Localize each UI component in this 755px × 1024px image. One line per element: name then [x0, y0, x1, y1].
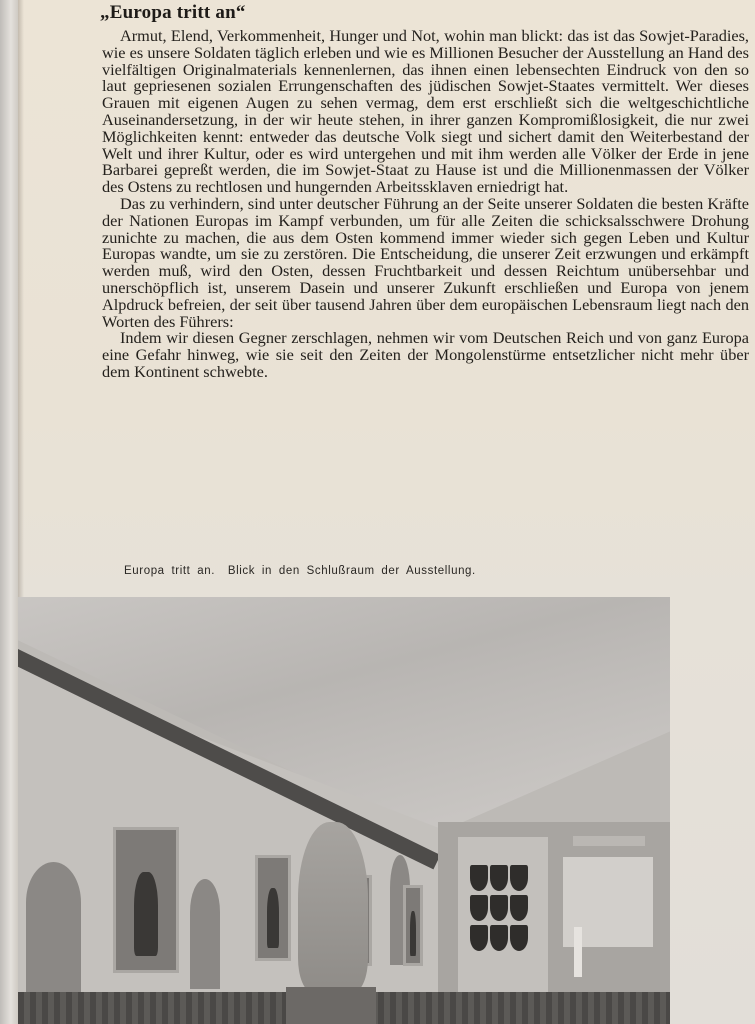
photo-panel-label: [573, 836, 645, 846]
paragraph: Das zu verhindern, sind unter deutscher …: [102, 196, 749, 330]
shield-icon: [510, 925, 528, 951]
shield-icon: [470, 925, 488, 951]
shield-icon: [490, 865, 508, 891]
photo-soldier-poster: [113, 827, 179, 973]
photo-statue: [298, 822, 368, 992]
body-text: Armut, Elend, Verkommenheit, Hunger und …: [102, 28, 749, 381]
shield-icon: [490, 895, 508, 921]
paragraph: Indem wir diesen Gegner zerschlagen, neh…: [102, 330, 749, 380]
shield-icon: [470, 865, 488, 891]
photo-arch: [190, 879, 220, 989]
photo-stand: [574, 927, 582, 977]
shield-icon: [470, 895, 488, 921]
photo-soldier-poster: [403, 885, 423, 966]
photo-soldier-poster: [255, 855, 291, 961]
section-heading: „Europa tritt an“: [100, 2, 246, 24]
caption-text: Blick in den Schlußraum der Ausstellung.: [228, 565, 476, 577]
photo-arch: [26, 862, 81, 997]
shield-icon: [510, 895, 528, 921]
caption-title: Europa tritt an.: [124, 565, 215, 577]
photo-pedestal: [286, 987, 376, 1024]
shield-icon: [490, 925, 508, 951]
paragraph: Armut, Elend, Verkommenheit, Hunger und …: [102, 28, 749, 196]
photo-caption: Europa tritt an. Blick in den Schlußraum…: [124, 565, 476, 577]
exhibition-hall-photo: [18, 597, 670, 1024]
shield-icon: [510, 865, 528, 891]
binding-edge: [0, 0, 18, 1024]
